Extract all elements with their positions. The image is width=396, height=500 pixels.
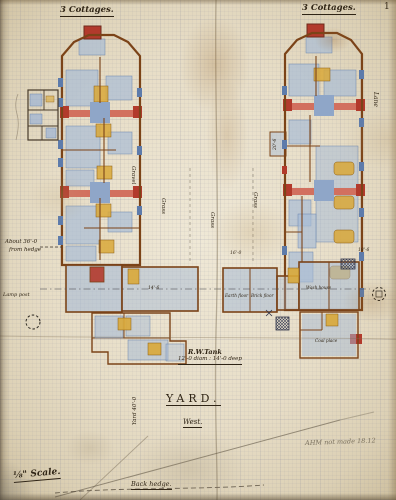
lamp-post-label: Lamp post — [3, 293, 30, 298]
tank-note-line1: R.W.Tank — [188, 349, 222, 356]
ground-label-grass-1: Grass — [160, 198, 166, 214]
scanned-plan-sheet: 3 Cottages. 3 Cottages. 1 Lane About 36'… — [0, 0, 396, 500]
yard-width-label: Yard 40'-0 — [133, 397, 139, 425]
west-label: West. — [183, 419, 202, 428]
ground-label-gravel: Gravel — [130, 166, 136, 184]
annotation-layer: 3 Cottages. 3 Cottages. 1 Lane About 36'… — [0, 0, 396, 500]
yard-label: YARD. — [166, 393, 221, 406]
tank-note-line2: 12'-0 diam : 14'-0 deep — [178, 357, 242, 365]
dimension-14-6: 14'-6 — [148, 287, 159, 292]
about-hedge-line2: from hedge — [9, 248, 41, 254]
room-label-wash-house: Wash house — [306, 286, 331, 290]
room-label-earth-floor: Earth floor — [225, 294, 248, 298]
page-number: 1 — [384, 3, 390, 12]
ground-label-grass-2: Grass — [209, 212, 215, 228]
title-left: 3 Cottages. — [60, 6, 114, 17]
pencil-note: AHM not made 18.12 — [305, 438, 376, 447]
back-hedge-label: Back hedge. — [131, 481, 172, 490]
room-label-coal-place: Coal place — [315, 339, 337, 343]
title-right: 3 Cottages. — [302, 4, 356, 15]
about-hedge-line1: About 36'-0 — [5, 240, 37, 246]
room-label-brick-floor: Brick floor — [251, 294, 273, 298]
dimension-16-0: 16'-0 — [230, 252, 241, 257]
scale-note: ⅛" Scale. — [13, 468, 61, 483]
dimension-20-6: 20'-6 — [274, 139, 279, 150]
dimension-18-6: 18'-6 — [358, 249, 369, 254]
ground-label-grass-3: Grass — [252, 192, 258, 208]
lane-label: Lane — [372, 92, 378, 107]
